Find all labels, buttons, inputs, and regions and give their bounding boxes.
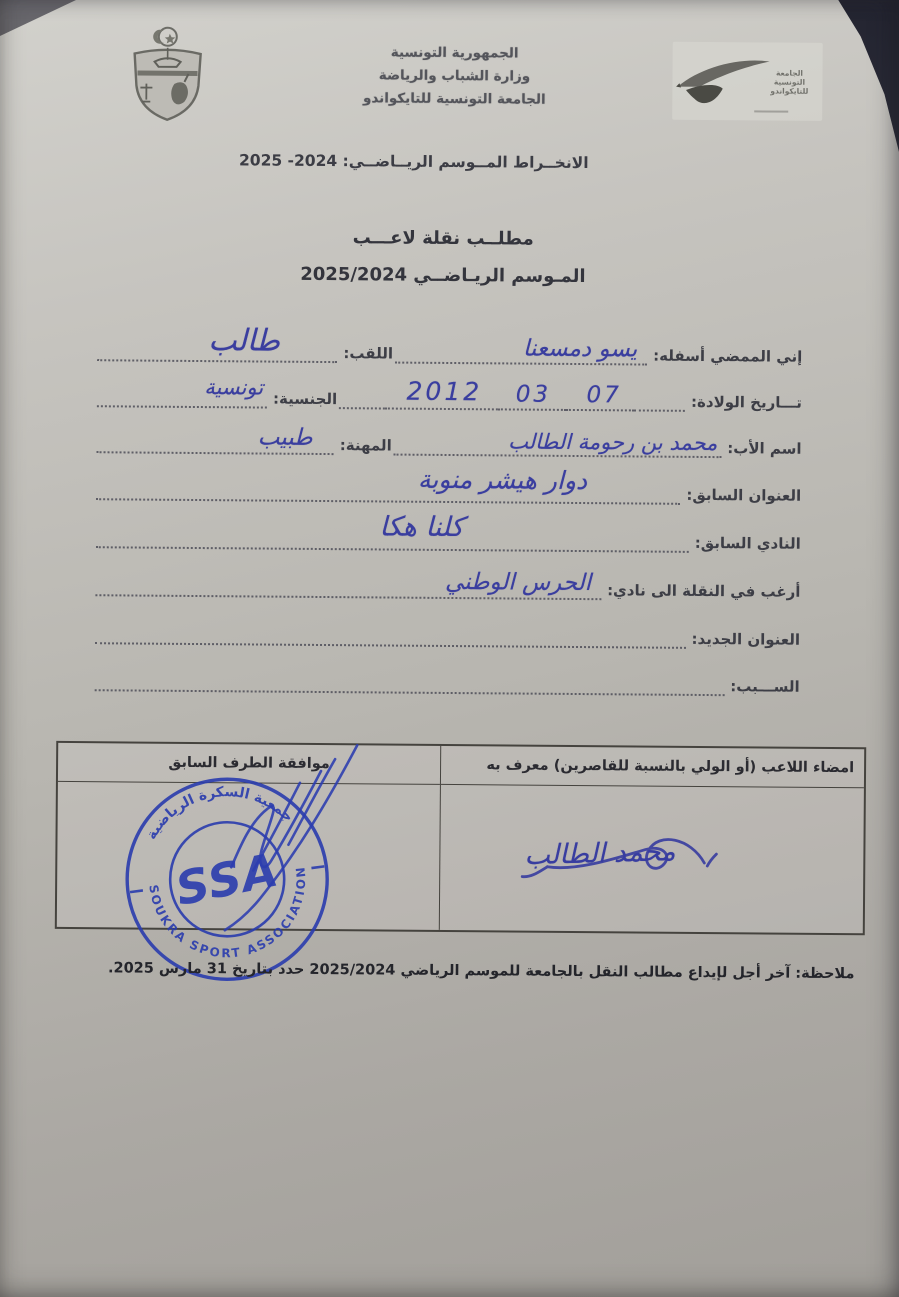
birth-day-field: 07 bbox=[566, 369, 634, 412]
row-reason: الســـبب: bbox=[95, 651, 802, 697]
surname-field: طالب bbox=[97, 319, 337, 363]
transfer-club-label: أرغب في النقلة الى نادي: bbox=[601, 581, 803, 602]
transfer-club-field: الحرس الوطني bbox=[95, 554, 601, 600]
row-signer: إني الممضي أسفله: يسو دمسعنا اللقب: طالب bbox=[97, 321, 804, 367]
new-address-field bbox=[95, 602, 686, 649]
previous-party-column: موافقة الطرف السابق جمعية ا bbox=[57, 743, 440, 930]
birth-year-handwriting: 2012 bbox=[406, 377, 482, 407]
previous-party-cell: جمعية السكرة الرياضية SOUKRA SPORT ASSOC… bbox=[57, 782, 440, 930]
gov-line-republic: الجمهورية التونسية bbox=[285, 41, 625, 67]
surname-handwriting: طالب bbox=[208, 323, 280, 359]
logo-caption-line: التونسية bbox=[770, 78, 808, 87]
birth-day-handwriting: 07 bbox=[586, 382, 621, 408]
prev-address-handwriting: دوار هيشر منوبة bbox=[418, 465, 587, 495]
profession-field: طبيب bbox=[97, 411, 335, 455]
gov-line-federation: الجامعة التونسية للتايكواندو bbox=[284, 87, 624, 113]
title-line2: المـوسم الريـاضــي 2025/2024 bbox=[233, 255, 653, 295]
title-line1: مطلــب نقلة لاعـــب bbox=[233, 218, 653, 258]
birth-month-field: 03 bbox=[498, 368, 566, 411]
tunisia-coat-of-arms-icon bbox=[122, 23, 213, 124]
dots bbox=[634, 369, 685, 411]
nationality-field: تونسية bbox=[97, 365, 267, 408]
stamp-arc-top-text: جمعية السكرة الرياضية bbox=[138, 775, 297, 844]
logo-caption: الجامعة التونسية للتايكواندو bbox=[770, 69, 808, 96]
taekwondo-federation-logo: الجامعة التونسية للتايكواندو bbox=[672, 42, 823, 121]
row-birthdate: تـــاريخ الولادة: 07 03 2012 الجنسية: تو… bbox=[97, 367, 804, 413]
document-title: مطلــب نقلة لاعـــب المـوسم الريـاضــي 2… bbox=[233, 218, 654, 295]
prev-address-field: دوار هيشر منوبة bbox=[96, 458, 681, 505]
reason-label: الســـبب: bbox=[724, 677, 802, 697]
signatures-table: امضاء اللاعب (أو الولي بالنسبة للقاصرين)… bbox=[55, 741, 866, 935]
row-father: اسم الأب: محمد بن رحومة الطالب المهنة: ط… bbox=[97, 413, 804, 459]
signer-handwriting: يسو دمسعنا bbox=[523, 336, 637, 363]
logo-caption-line: للتايكواندو bbox=[770, 87, 808, 96]
svg-text:جمعية السكرة الرياضية: جمعية السكرة الرياضية bbox=[138, 775, 297, 844]
profession-label: المهنة: bbox=[334, 436, 394, 455]
reason-field bbox=[95, 649, 725, 696]
enrollment-season-line: الانخــراط المــوسم الريــاضــي: 2024- 2… bbox=[154, 151, 674, 173]
bird-swoosh-icon bbox=[674, 46, 775, 117]
birth-year-field: 2012 bbox=[385, 367, 499, 410]
logo-underline bbox=[754, 110, 788, 112]
signer-label: إني الممضي أسفله: bbox=[647, 347, 804, 367]
gov-line-ministry: وزارة الشباب والرياضة bbox=[284, 64, 624, 90]
dots bbox=[339, 367, 385, 409]
signer-field: يسو دمسعنا bbox=[395, 322, 647, 366]
row-new-address: العنوان الجديد: bbox=[95, 604, 802, 650]
player-signature-header: امضاء اللاعب (أو الولي بالنسبة للقاصرين)… bbox=[441, 746, 864, 788]
stamp-center-text: SSA bbox=[171, 842, 283, 916]
logo-caption-line: الجامعة bbox=[770, 69, 808, 78]
surname-label: اللقب: bbox=[337, 344, 395, 363]
note-label: ملاحظة: bbox=[795, 966, 854, 982]
prev-club-handwriting: كلنا هكا bbox=[379, 511, 463, 543]
father-label: اسم الأب: bbox=[721, 439, 803, 459]
player-signature-column: امضاء اللاعب (أو الولي بالنسبة للقاصرين)… bbox=[439, 746, 864, 933]
government-header: الجمهورية التونسية وزارة الشباب والرياضة… bbox=[284, 41, 625, 113]
player-signature-name: محمد الطالب bbox=[524, 836, 676, 871]
birthdate-label: تـــاريخ الولادة: bbox=[685, 393, 804, 413]
father-field: محمد بن رحومة الطالب bbox=[394, 414, 722, 459]
player-signature-cell: محمد الطالب bbox=[440, 785, 864, 933]
profession-handwriting: طبيب bbox=[258, 424, 313, 450]
father-handwriting: محمد بن رحومة الطالب bbox=[508, 429, 717, 455]
nationality-handwriting: تونسية bbox=[204, 375, 263, 399]
transfer-club-handwriting: الحرس الوطني bbox=[445, 569, 591, 596]
transfer-form-fields: إني الممضي أسفله: يسو دمسعنا اللقب: طالب… bbox=[100, 0, 807, 3]
birth-month-handwriting: 03 bbox=[516, 382, 551, 408]
new-address-label: العنوان الجديد: bbox=[686, 630, 803, 650]
row-prev-club: النادي السابق: كلنا هكا bbox=[96, 508, 803, 554]
prev-address-label: العنوان السابق: bbox=[680, 486, 803, 506]
scanned-transfer-form: الجمهورية التونسية وزارة الشباب والرياضة… bbox=[0, 0, 899, 1297]
nationality-label: الجنسية: bbox=[267, 390, 339, 410]
row-transfer-club: أرغب في النقلة الى نادي: الحرس الوطني bbox=[95, 556, 802, 602]
row-prev-address: العنوان السابق: دوار هيشر منوبة bbox=[96, 460, 803, 506]
paper: الجمهورية التونسية وزارة الشباب والرياضة… bbox=[0, 0, 899, 1297]
prev-club-label: النادي السابق: bbox=[689, 534, 803, 554]
prev-club-field: كلنا هكا bbox=[96, 506, 689, 553]
